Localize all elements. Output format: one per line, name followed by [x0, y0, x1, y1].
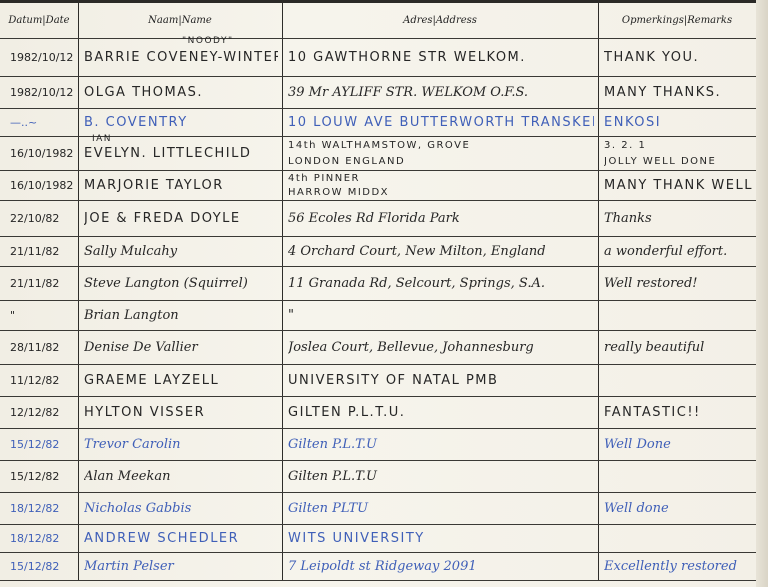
- entry-date: 21/11/82: [6, 266, 78, 300]
- entry-date: 11/12/82: [6, 364, 78, 396]
- entry-date: 28/11/82: [6, 330, 78, 364]
- entry-remarks: Well done: [604, 492, 752, 524]
- entry-address: 39 Mr AYLIFF STR. WELKOM O.F.S.: [288, 76, 594, 108]
- entry-date: 22/10/82: [6, 200, 78, 236]
- entry-date: 1982/10/12: [6, 38, 78, 76]
- entry-remarks: JOLLY WELL DONE: [604, 153, 752, 170]
- entry-name: Martin Pelser: [84, 552, 278, 580]
- entry-name: Brian Langton: [84, 300, 278, 330]
- entry-date: 15/12/82: [6, 552, 78, 580]
- entry-address: 4th PINNER: [288, 171, 594, 186]
- entry-address: HARROW MIDDX: [288, 185, 594, 200]
- entry-date: 18/12/82: [6, 492, 78, 524]
- entry-name: Trevor Carolin: [84, 428, 278, 460]
- entry-name: Sally Mulcahy: [84, 236, 278, 266]
- entry-name: Nicholas Gabbis: [84, 492, 278, 524]
- entry-remarks: a wonderful effort.: [604, 236, 752, 266]
- entry-address: GILTEN P.L.T.U.: [288, 396, 594, 428]
- entry-address: 56 Ecoles Rd Florida Park: [288, 200, 594, 236]
- entry-date: 1982/10/12: [6, 76, 78, 108]
- entry-date: 15/12/82: [6, 460, 78, 492]
- entry-address: Gilten P.L.T.U: [288, 460, 594, 492]
- entry-date: 18/12/82: [6, 524, 78, 552]
- entry-date: 12/12/82: [6, 396, 78, 428]
- entry-name: BARRIE COVENEY-WINTER: [84, 38, 278, 76]
- entry-address: 4 Orchard Court, New Milton, England: [288, 236, 594, 266]
- entry-remarks: 3. 2. 1: [604, 137, 752, 154]
- entry-name: B. COVENTRY: [84, 108, 278, 136]
- entry-date: 15/12/82: [6, 428, 78, 460]
- entry-name: ANDREW SCHEDLER: [84, 524, 278, 552]
- entry-name: Alan Meekan: [84, 460, 278, 492]
- entry-address: 11 Granada Rd, Selcourt, Springs, S.A.: [288, 266, 594, 300]
- entry-remarks: Well restored!: [604, 266, 752, 300]
- entry-remarks: MANY THANKS.: [604, 76, 752, 108]
- column-divider: [598, 0, 599, 580]
- entry-name: JOE & FREDA DOYLE: [84, 200, 278, 236]
- entry-date: —..~: [6, 108, 78, 136]
- entry-name: MARJORIE TAYLOR: [84, 170, 278, 200]
- entry-remarks: ENKOSI: [604, 108, 752, 136]
- entry-address: Gilten PLTU: [288, 492, 594, 524]
- entry-address: ": [288, 300, 594, 330]
- header-name: Naam|Name: [78, 8, 282, 32]
- entry-date: ": [6, 300, 78, 330]
- entry-date: 16/10/1982: [6, 170, 78, 200]
- entry-remarks: really beautiful: [604, 330, 752, 364]
- entry-name: Steve Langton (Squirrel): [84, 266, 278, 300]
- column-divider: [282, 0, 283, 580]
- entry-name: Denise De Vallier: [84, 330, 278, 364]
- entry-address: LONDON ENGLAND: [288, 153, 594, 170]
- entry-name: GRAEME LAYZELL: [84, 364, 278, 396]
- entry-address: Joslea Court, Bellevue, Johannesburg: [288, 330, 594, 364]
- page-top-edge: [0, 0, 768, 3]
- guestbook-page: Datum|Date Naam|Name Adres|Address Opmer…: [0, 0, 768, 587]
- header-address: Adres|Address: [282, 8, 598, 32]
- entry-remarks: Thanks: [604, 200, 752, 236]
- column-divider: [78, 0, 79, 580]
- entry-name: OLGA THOMAS.: [84, 76, 278, 108]
- header-remarks: Opmerkings|Remarks: [598, 8, 756, 32]
- entry-address: Gilten P.L.T.U: [288, 428, 594, 460]
- entry-address: 10 LOUW AVE BUTTERWORTH TRANSKEI: [288, 108, 594, 136]
- entry-address: 10 GAWTHORNE STR WELKOM.: [288, 38, 594, 76]
- header-date: Datum|Date: [0, 8, 78, 32]
- entry-remarks: Excellently restored: [604, 552, 752, 580]
- entry-remarks: THANK YOU.: [604, 38, 752, 76]
- entry-address: WITS UNIVERSITY: [288, 524, 594, 552]
- row-rule: [0, 580, 756, 581]
- entry-name: HYLTON VISSER: [84, 396, 278, 428]
- entry-address: UNIVERSITY OF NATAL PMB: [288, 364, 594, 396]
- entry-address: 14th WALTHAMSTOW, GROVE: [288, 137, 594, 154]
- entry-address: 7 Leipoldt st Ridgeway 2091: [288, 552, 594, 580]
- entry-date: 16/10/1982: [6, 136, 78, 170]
- entry-remarks: Well Done: [604, 428, 752, 460]
- entry-remarks: MANY THANK WELL DONE: [604, 170, 752, 200]
- entry-name: EVELYN. LITTLECHILD: [84, 136, 278, 170]
- page-right-edge: [756, 0, 768, 587]
- entry-remarks: FANTASTIC!!: [604, 396, 752, 428]
- entry-date: 21/11/82: [6, 236, 78, 266]
